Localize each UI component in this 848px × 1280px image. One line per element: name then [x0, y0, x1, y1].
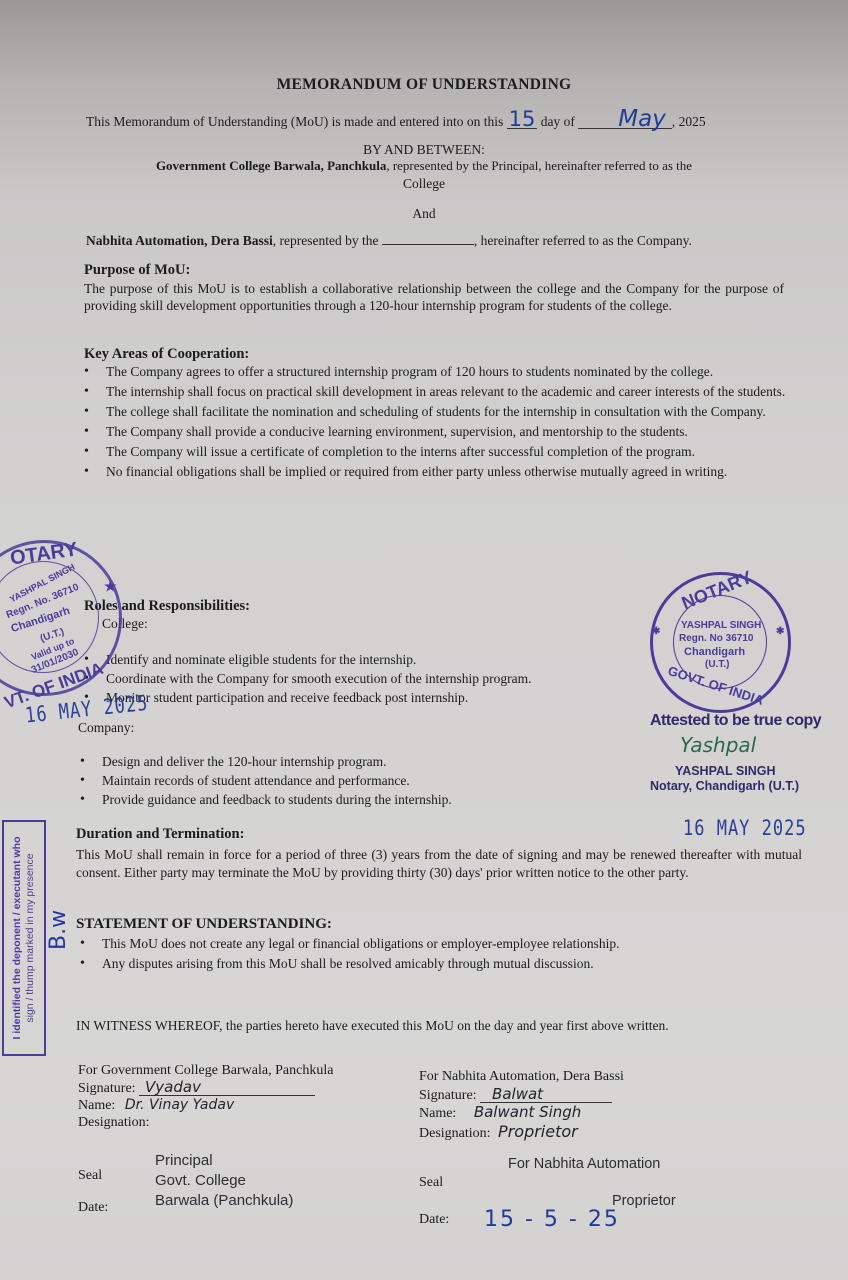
- company-signatory-for: For Nabhita Automation, Dera Bassi: [419, 1069, 624, 1085]
- college-name-row: Name: Dr. Vinay Yadav: [78, 1097, 234, 1114]
- company-role-item: Design and deliver the 120-hour internsh…: [80, 754, 580, 770]
- side-stamp-text: I identified the deponent / executant wh…: [11, 836, 37, 1039]
- intro-year: , 2025: [672, 114, 706, 129]
- and-separator: And: [0, 206, 848, 222]
- intro-day-of: day of: [541, 114, 575, 129]
- notary-right-star-right: ✱: [776, 626, 784, 637]
- witness-clause: IN WITNESS WHEREOF, the parties hereto h…: [76, 1018, 669, 1034]
- side-stamp-initials: B.w: [46, 910, 71, 950]
- company-seal-line2: Proprietor: [612, 1191, 676, 1211]
- handwritten-month: May: [578, 110, 672, 129]
- notary-right-place: Notary, Chandigarh (U.T.): [650, 779, 799, 793]
- party1-name: Government College Barwala, Panchkula: [156, 158, 386, 173]
- party2-mid: , represented by the: [273, 233, 379, 248]
- key-areas-list: The Company agrees to offer a structured…: [84, 364, 790, 484]
- notary-right-city: Chandigarh: [684, 646, 745, 658]
- statement-heading: STATEMENT OF UNDERSTANDING:: [76, 916, 332, 933]
- duration-text: This MoU shall remain in force for a per…: [76, 846, 802, 882]
- company-seal-line1: For Nabhita Automation: [508, 1154, 660, 1174]
- college-seal-line: Barwala (Panchkula): [155, 1191, 293, 1211]
- company-name-label: Name:: [419, 1106, 456, 1121]
- mou-document: MEMORANDUM OF UNDERSTANDING This Memoran…: [0, 0, 848, 1280]
- notary-right-ut: (U.T.): [705, 659, 729, 670]
- company-role-item: Provide guidance and feedback to student…: [80, 792, 580, 808]
- college-roles-list: Identify and nominate eligible students …: [84, 652, 644, 709]
- notary-right-regn: Regn. No 36710: [679, 633, 753, 644]
- side-stamp-line2: sign / thump marked in my presence: [24, 836, 37, 1039]
- party2-line: Nabhita Automation, Dera Bassi, represen…: [86, 232, 692, 249]
- college-seal-stamp: Principal Govt. College Barwala (Panchku…: [155, 1151, 293, 1211]
- college-seal-line: Govt. College: [155, 1171, 293, 1191]
- by-and-between: BY AND BETWEEN:: [0, 142, 848, 158]
- company-date-label: Date:: [419, 1212, 449, 1228]
- key-areas-heading: Key Areas of Cooperation:: [84, 346, 249, 363]
- company-designation-label: Designation:: [419, 1126, 491, 1141]
- college-name-hand: Dr. Vinay Yadav: [125, 1097, 234, 1113]
- attested-text: Attested to be true copy: [650, 712, 821, 730]
- document-title: MEMORANDUM OF UNDERSTANDING: [0, 76, 848, 94]
- college-signature-row: Signature: Vyadav: [78, 1079, 315, 1097]
- college-role-item: Identify and nominate eligible students …: [84, 652, 644, 668]
- college-role-item: Coordinate with the Company for smooth e…: [84, 671, 644, 687]
- company-designation-hand: Proprietor: [498, 1122, 578, 1141]
- company-signature-row: Signature: Balwat: [419, 1086, 612, 1104]
- college-signature-hand: Vyadav: [139, 1079, 315, 1096]
- company-name-row: Name: Balwant Singh: [419, 1104, 581, 1122]
- statement-item: This MoU does not create any legal or fi…: [80, 936, 780, 952]
- statement-item: Any disputes arising from this MoU shall…: [80, 956, 780, 972]
- college-seal-label: Seal: [78, 1168, 102, 1184]
- key-area-item: The college shall facilitate the nominat…: [84, 404, 790, 420]
- college-role-item: Monitor student participation and receiv…: [84, 690, 644, 706]
- company-date-hand: 15 - 5 - 25: [484, 1207, 620, 1232]
- college-name-label: Name:: [78, 1098, 115, 1113]
- college-signature-label: Signature:: [78, 1081, 136, 1096]
- party2-name: Nabhita Automation, Dera Bassi: [86, 233, 273, 248]
- representative-blank: [382, 232, 474, 245]
- company-roles-list: Design and deliver the 120-hour internsh…: [80, 754, 580, 811]
- college-date-label: Date:: [78, 1200, 108, 1216]
- statement-list: This MoU does not create any legal or fi…: [80, 936, 780, 976]
- purpose-heading: Purpose of MoU:: [84, 262, 190, 279]
- college-designation-label: Designation:: [78, 1115, 150, 1131]
- side-stamp-line1: I identified the deponent / executant wh…: [11, 836, 24, 1039]
- notary-left-star: ★: [104, 578, 117, 595]
- college-signatory-for: For Government College Barwala, Panchkul…: [78, 1063, 333, 1079]
- handwritten-day: 15: [507, 110, 538, 129]
- company-name-hand: Balwant Singh: [474, 1103, 582, 1121]
- company-seal-label: Seal: [419, 1175, 443, 1191]
- notary-right-notary-name: YASHPAL SINGH: [675, 764, 776, 778]
- key-area-item: The Company shall provide a conducive le…: [84, 424, 790, 440]
- notary-right-star-left: ✱: [652, 626, 660, 637]
- party1-line2: College: [0, 176, 848, 192]
- notary-signature: Yashpal: [680, 733, 756, 757]
- key-area-item: The Company agrees to offer a structured…: [84, 364, 790, 380]
- company-signature-hand: Balwat: [480, 1086, 612, 1103]
- key-area-item: The internship shall focus on practical …: [84, 384, 790, 400]
- notary-right-name: YASHPAL SINGH: [681, 620, 761, 631]
- key-area-item: The Company will issue a certificate of …: [84, 444, 790, 460]
- key-area-item: No financial obligations shall be implie…: [84, 464, 790, 480]
- party1-rest: , represented by the Principal, hereinaf…: [386, 158, 692, 173]
- notary-right-date-stamp: 16 MAY 2025: [683, 816, 807, 841]
- purpose-text: The purpose of this MoU is to establish …: [84, 280, 784, 314]
- party2-end: , hereinafter referred to as the Company…: [474, 233, 692, 248]
- company-signature-label: Signature:: [419, 1088, 477, 1103]
- intro-prefix: This Memorandum of Understanding (MoU) i…: [86, 114, 503, 129]
- party1-line: Government College Barwala, Panchkula, r…: [0, 158, 848, 174]
- intro-line: This Memorandum of Understanding (MoU) i…: [86, 110, 706, 130]
- duration-heading: Duration and Termination:: [76, 826, 244, 843]
- college-seal-line: Principal: [155, 1151, 293, 1171]
- company-designation-row: Designation: Proprietor: [419, 1124, 578, 1142]
- company-role-item: Maintain records of student attendance a…: [80, 773, 580, 789]
- identification-side-stamp: I identified the deponent / executant wh…: [2, 820, 46, 1056]
